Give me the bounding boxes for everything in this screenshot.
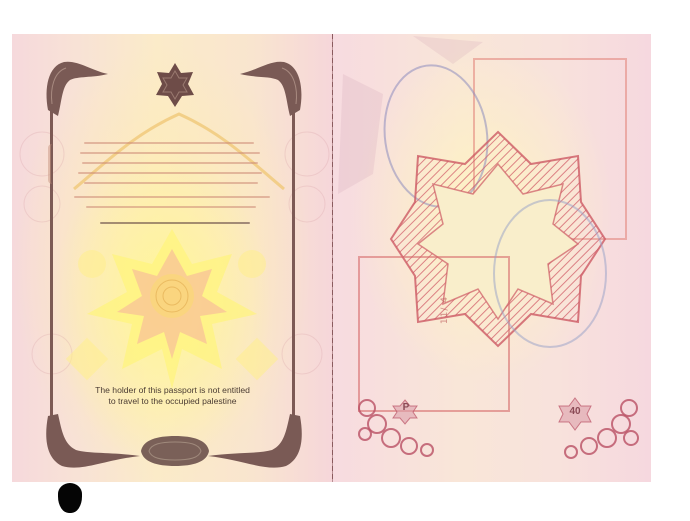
visa-stamp-oval-2 — [493, 199, 607, 348]
rosette-ornament — [62, 224, 282, 394]
decorative-stroke — [48, 144, 61, 184]
notice-line-1: The holder of this passport is not entit… — [12, 385, 333, 396]
exit-stamp-rectangular: 11/ 4 — [358, 256, 510, 412]
right-page: 11/ 4 P 40 — [333, 34, 651, 482]
corner-ornament-bottom-left — [42, 412, 142, 474]
stamp-date: 11/ 4 — [440, 296, 450, 324]
passport-spread: The holder of this passport is not entit… — [12, 34, 651, 482]
travel-restriction-notice: The holder of this passport is not entit… — [12, 385, 333, 407]
star-ornament-icon — [152, 62, 198, 108]
corner-ornament-bottom-right — [206, 412, 306, 474]
arabic-text-block — [74, 134, 274, 229]
page-marker-left: P — [399, 402, 413, 413]
cartouche-ornament — [137, 434, 213, 468]
ink-mark — [58, 483, 82, 513]
left-page: The holder of this passport is not entit… — [12, 34, 333, 482]
arch-ornament — [44, 104, 314, 194]
page-number: 40 — [565, 406, 585, 417]
notice-line-2: to travel to the occupied palestine — [12, 396, 333, 407]
floral-ornament-right — [545, 394, 645, 464]
